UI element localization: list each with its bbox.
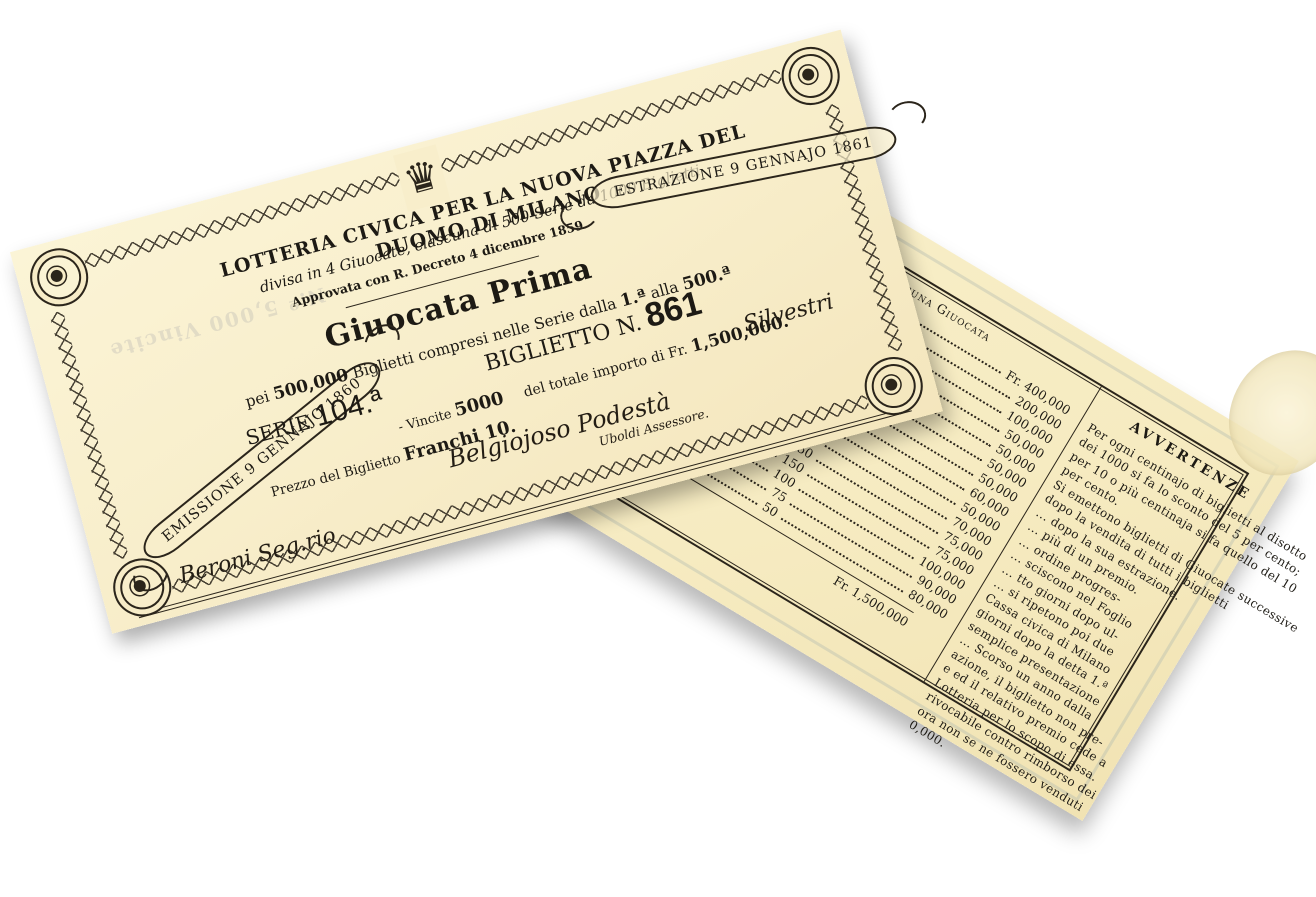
corner-ornament-icon bbox=[775, 40, 846, 111]
corner-ornament-icon bbox=[858, 351, 929, 422]
corner-ornament-icon bbox=[24, 242, 95, 313]
text: pei bbox=[243, 387, 271, 411]
